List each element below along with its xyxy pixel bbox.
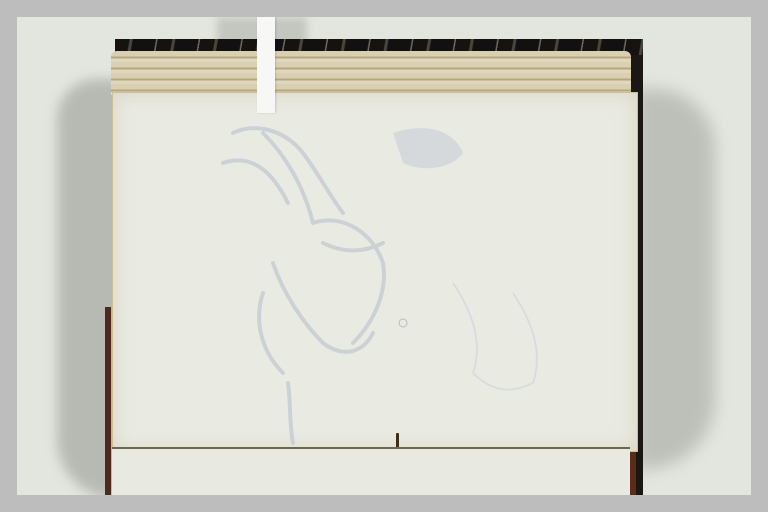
photograph: Open sketchbook with faint pencil drawin… (17, 17, 751, 495)
leather-spine-left (105, 307, 111, 495)
leather-spine-right (630, 447, 636, 495)
pencil-sketch (113, 93, 637, 451)
lower-page (112, 447, 630, 495)
sketchbook-page (112, 92, 638, 452)
ribbon-bookmark (257, 17, 275, 113)
page-edges (111, 51, 631, 95)
book-shadow-right (635, 89, 715, 469)
